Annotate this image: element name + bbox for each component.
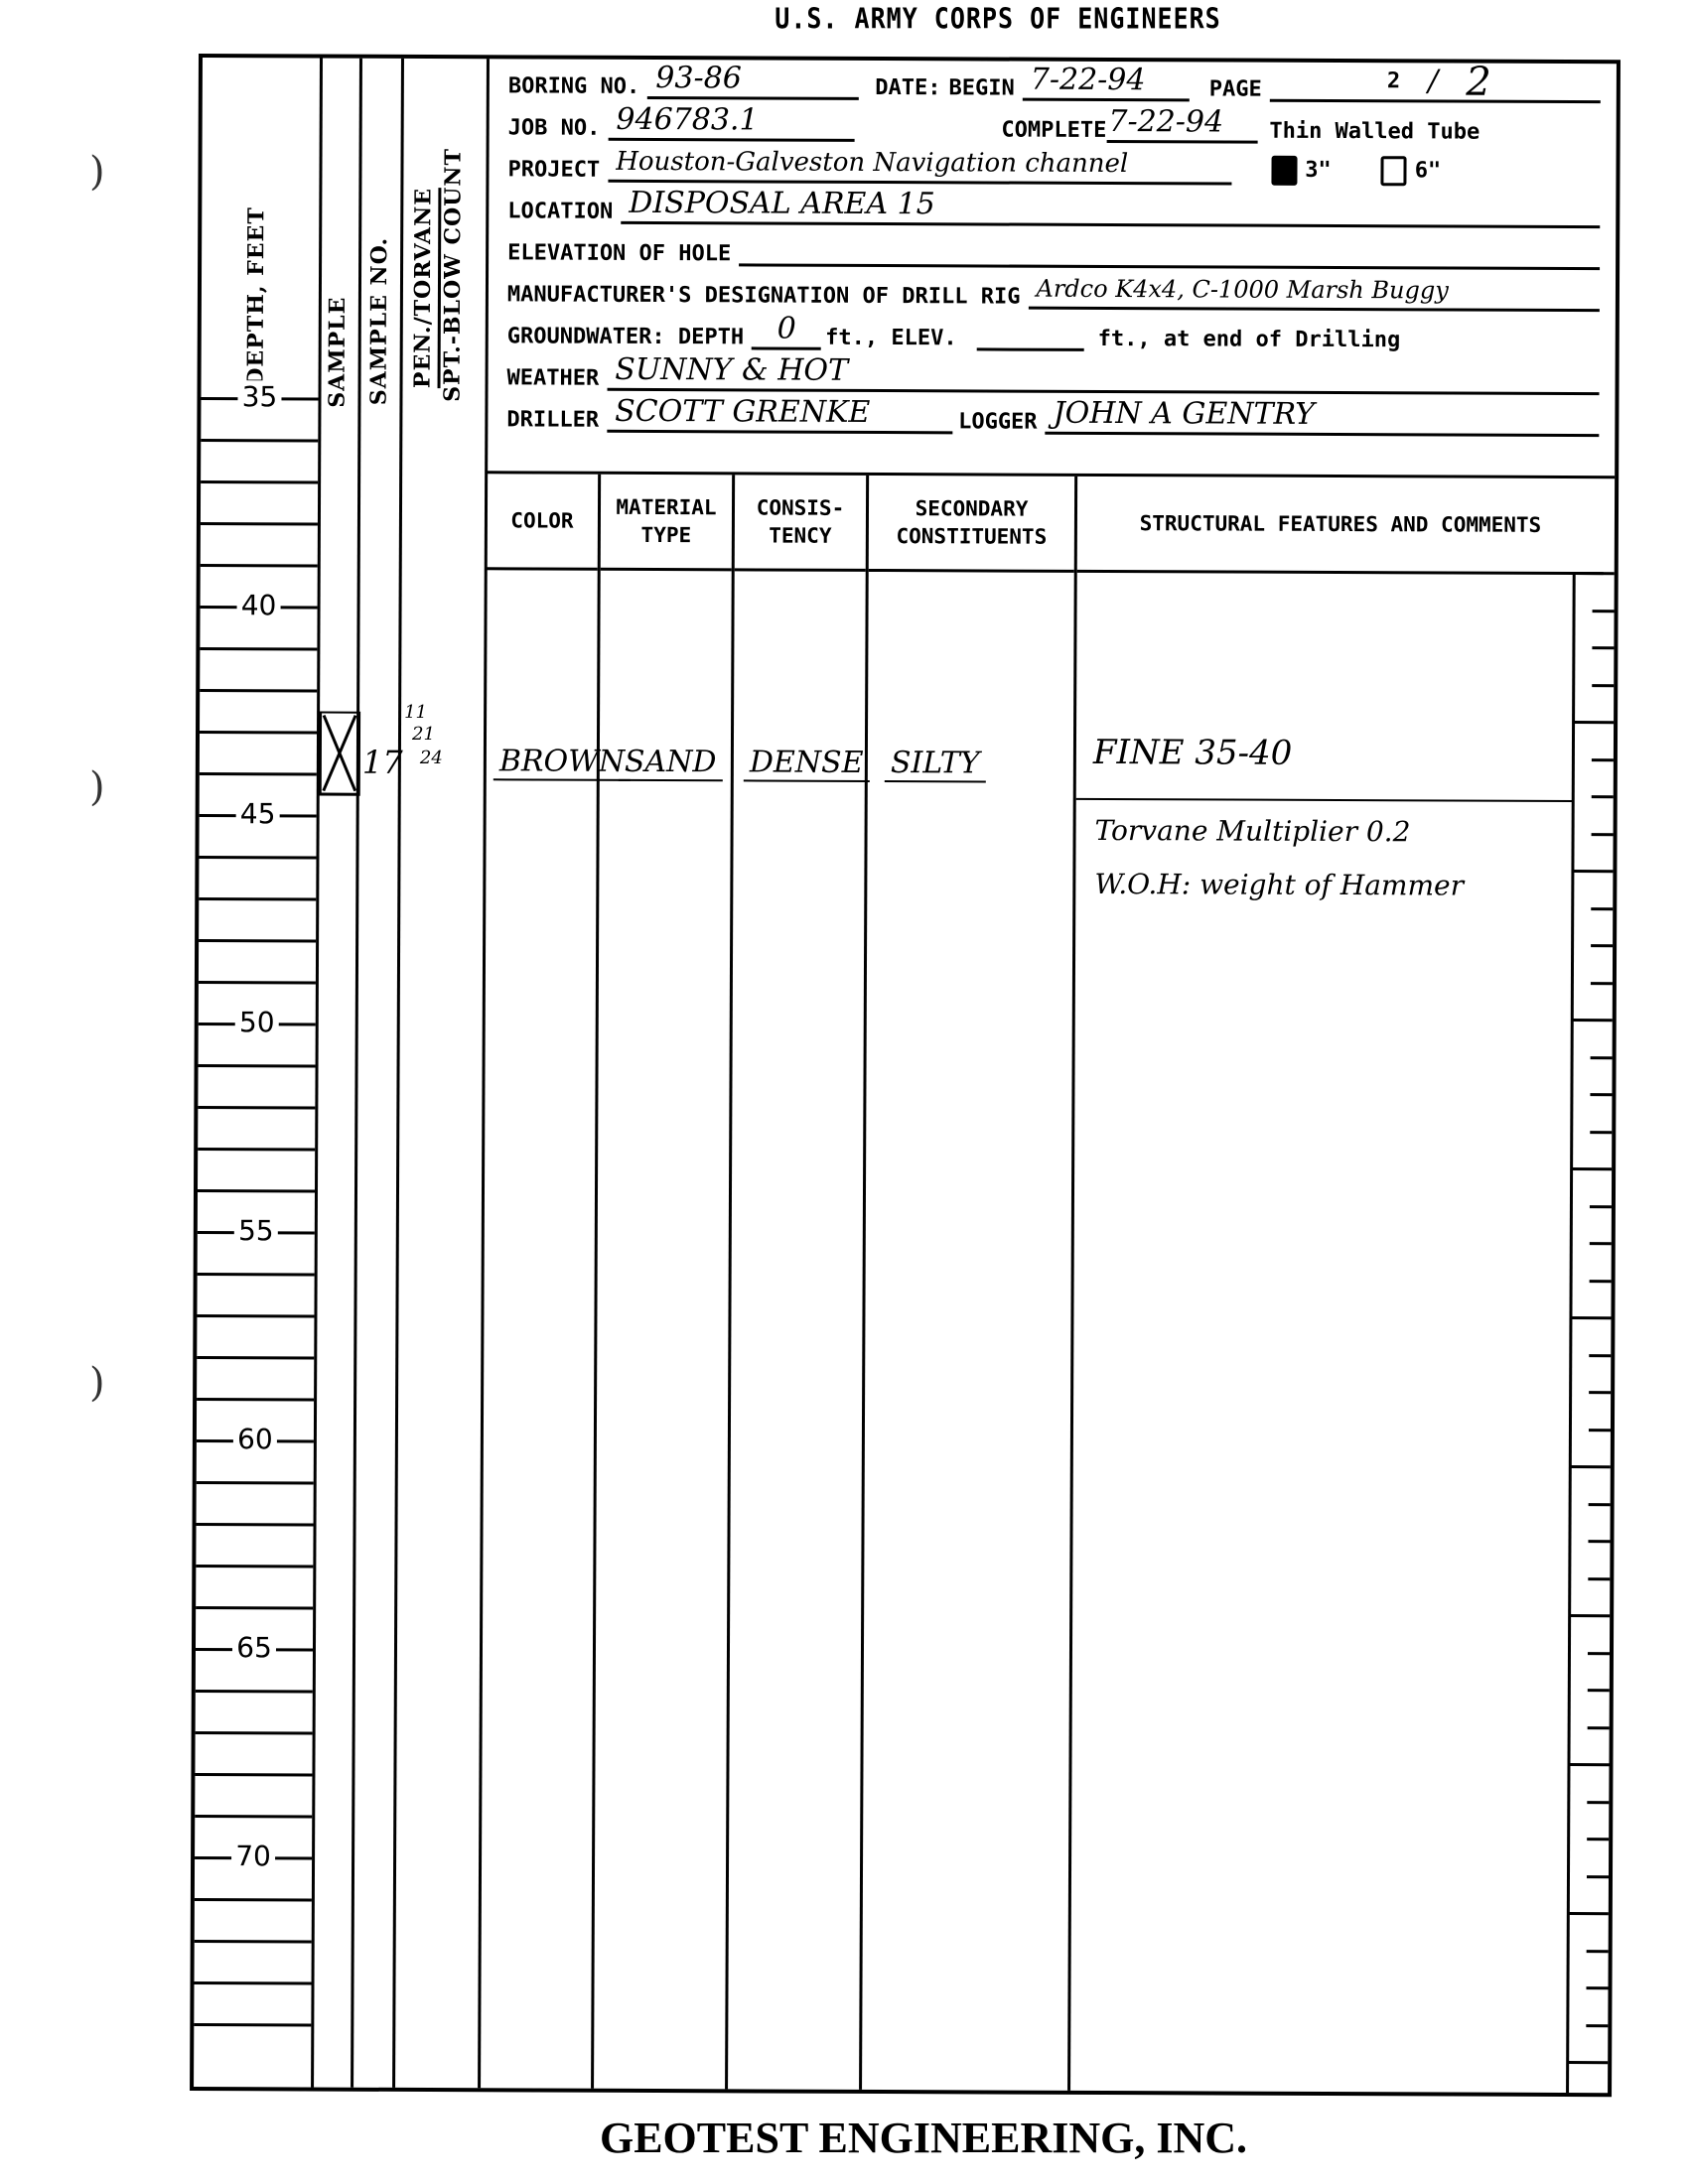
right-scale-tick	[1592, 758, 1614, 761]
depth-minor-tick	[198, 1148, 315, 1152]
depth-label: 35	[201, 382, 318, 413]
depth-minor-tick	[200, 689, 317, 693]
sample-marker-x-icon	[319, 712, 360, 796]
right-scale-tick	[1589, 1354, 1611, 1357]
complete-date-field[interactable]: 7-22-94	[1106, 102, 1257, 144]
depth-minor-tick	[196, 1690, 313, 1694]
sampler-3in-label: 3"	[1305, 158, 1332, 183]
job-no-field[interactable]: 946783.1	[608, 100, 854, 142]
driller-field[interactable]: SCOTT GRENKE	[607, 392, 952, 435]
entry-structural-features: FINE 35-40	[1093, 733, 1293, 773]
driller-label: DRILLER	[506, 407, 599, 432]
begin-label: BEGIN	[948, 75, 1014, 100]
right-scale-tick	[1592, 684, 1614, 687]
right-scale-tick	[1590, 1280, 1612, 1283]
column-divider	[1067, 477, 1077, 2091]
thin-walled-tube-label: Thin Walled Tube	[1269, 119, 1480, 145]
right-scale-tick	[1569, 1763, 1609, 1766]
right-scale-tick	[1589, 1391, 1611, 1394]
scan-mark: )	[89, 149, 105, 195]
header-spt-blow-count: SPT.-BLOW COUNT	[439, 148, 466, 402]
elevation-field[interactable]	[739, 225, 1600, 270]
depth-minor-tick	[198, 1273, 315, 1277]
depth-label: 40	[201, 591, 318, 621]
depth-label: 50	[199, 1008, 316, 1038]
drill-rig-label: MANUFACTURER'S DESIGNATION OF DRILL RIG	[507, 282, 1021, 309]
right-scale-tick	[1571, 1316, 1611, 1319]
right-scale-tick	[1586, 2024, 1608, 2027]
right-scale-tick	[1573, 870, 1613, 873]
column-divider	[725, 475, 735, 2089]
company-footer: GEOTEST ENGINEERING, INC.	[566, 2113, 1281, 2163]
sampler-6in-label: 6"	[1415, 158, 1442, 183]
spt-blow-count-2: 21	[412, 726, 435, 744]
column-divider	[591, 475, 601, 2089]
right-scale-tick	[1590, 1242, 1612, 1245]
right-scale-tick	[1588, 1726, 1610, 1729]
right-scale-tick	[1587, 1875, 1609, 1878]
drill-rig-field[interactable]: Ardco K4x4, C-1000 Marsh Buggy	[1028, 269, 1600, 313]
depth-minor-tick	[195, 1815, 312, 1819]
depth-label: 70	[195, 1842, 312, 1872]
right-scale-tick	[1592, 795, 1614, 798]
right-scale-tick	[1571, 1465, 1611, 1468]
right-scale-tick	[1588, 1689, 1610, 1692]
begin-date-field[interactable]: 7-22-94	[1023, 61, 1190, 102]
note-woh: W.O.H: weight of Hammer	[1094, 868, 1464, 902]
right-scale-tick	[1588, 1652, 1610, 1655]
location-field[interactable]: DISPOSAL AREA 15	[621, 184, 1600, 228]
column-divider	[859, 476, 869, 2090]
groundwater-depth-field[interactable]: 0	[752, 309, 821, 349]
page-label: PAGE	[1209, 76, 1262, 101]
depth-minor-tick	[197, 1356, 314, 1360]
depth-label: 65	[196, 1633, 313, 1664]
column-divider	[311, 59, 323, 2088]
form-header: BORING NO. 93-86 DATE: BEGIN 7-22-94 PAG…	[487, 59, 1617, 478]
complete-label: COMPLETE	[1001, 118, 1106, 143]
right-scale-tick	[1568, 2061, 1608, 2064]
right-scale-tick	[1569, 1912, 1609, 1915]
depth-minor-tick	[200, 772, 317, 776]
checkbox-6in-unchecked[interactable]	[1381, 156, 1407, 186]
right-scale-tick	[1587, 1801, 1609, 1804]
entry-material-type: SAND	[619, 745, 723, 781]
logger-label: LOGGER	[958, 409, 1038, 434]
depth-label: 60	[197, 1425, 314, 1455]
right-scale-tick	[1575, 572, 1615, 575]
ft-elev-label: ft., ELEV.	[825, 326, 957, 351]
right-scale-tick	[1572, 1167, 1612, 1170]
depth-minor-tick	[198, 1106, 315, 1110]
right-scale-tick	[1573, 1019, 1613, 1022]
page-separator: /	[1428, 64, 1438, 99]
location-label: LOCATION	[507, 199, 613, 223]
spt-blow-count-3: 24	[420, 750, 443, 767]
header-pen-torvane: PEN./TORVANE	[410, 188, 442, 388]
page-field[interactable]: 2 / 2	[1270, 62, 1601, 103]
boring-log-form: DEPTH, FEET SAMPLE SAMPLE NO. PEN./TORVA…	[190, 54, 1621, 2097]
depth-label: 45	[200, 799, 317, 830]
boring-no-label: BORING NO.	[508, 73, 640, 99]
boring-no-field[interactable]: 93-86	[647, 59, 859, 100]
logger-field[interactable]: JOHN A GENTRY	[1046, 394, 1600, 437]
depth-minor-tick	[199, 939, 316, 943]
scan-mark: )	[89, 1360, 105, 1406]
entry-consistency: DENSE	[744, 745, 870, 782]
header-sample-no: SAMPLE NO.	[365, 237, 392, 406]
right-scale-tick	[1590, 1131, 1612, 1134]
weather-field[interactable]: SUNNY & HOT	[607, 350, 1599, 395]
depth-minor-tick	[196, 1606, 313, 1610]
weather-label: WEATHER	[507, 365, 600, 390]
right-scale-tick	[1589, 1503, 1611, 1506]
depth-minor-tick	[200, 647, 317, 651]
column-header-consistency: CONSIS- TENCY	[735, 475, 866, 572]
depth-minor-tick	[201, 480, 318, 484]
right-scale-tick	[1589, 1429, 1611, 1432]
entry-secondary-constituents: SILTY	[885, 746, 986, 782]
depth-minor-tick	[199, 856, 316, 860]
depth-minor-tick	[195, 1773, 312, 1777]
depth-minor-tick	[195, 1940, 312, 1944]
right-scale-tick	[1591, 944, 1613, 947]
depth-minor-tick	[197, 1314, 314, 1318]
depth-minor-tick	[196, 1565, 313, 1569]
right-scale-tick	[1587, 1986, 1609, 1989]
column-divider	[351, 59, 362, 2088]
depth-minor-tick	[195, 1981, 312, 1985]
depth-minor-tick	[201, 522, 318, 526]
depth-minor-tick	[200, 731, 317, 735]
depth-minor-tick	[197, 1398, 314, 1402]
column-divider	[392, 59, 404, 2088]
right-scale-tick	[1591, 907, 1613, 910]
depth-minor-tick	[201, 439, 318, 443]
groundwater-elev-field[interactable]	[977, 310, 1084, 350]
depth-minor-tick	[199, 1064, 316, 1068]
right-scale-tick	[1592, 646, 1614, 649]
right-scale-tick	[1587, 1838, 1609, 1841]
scan-mark: )	[89, 764, 105, 810]
project-field[interactable]: Houston-Galveston Navigation channel	[608, 142, 1231, 186]
groundwater-label: GROUNDWATER: DEPTH	[507, 324, 745, 349]
column-header-color: COLOR	[487, 474, 598, 570]
job-no-label: JOB NO.	[508, 115, 601, 140]
right-scale-tick	[1587, 1950, 1609, 1953]
right-scale-tick	[1591, 1056, 1613, 1059]
right-scale-tick	[1590, 1205, 1612, 1208]
elevation-label: ELEVATION OF HOLE	[507, 240, 731, 266]
right-scale-tick	[1592, 833, 1614, 836]
depth-label: 55	[198, 1216, 315, 1247]
sampler-6in-option[interactable]: 6"	[1381, 156, 1442, 186]
sample-number: 17	[362, 744, 403, 781]
depth-minor-tick	[199, 981, 316, 985]
sampler-3in-option[interactable]: 3"	[1271, 156, 1332, 186]
right-scale-tick	[1591, 982, 1613, 985]
note-torvane-multiplier: Torvane Multiplier 0.2	[1095, 814, 1411, 848]
depth-minor-tick	[197, 1481, 314, 1485]
right-scale-tick	[1588, 1540, 1610, 1543]
entry-divider	[1076, 798, 1573, 802]
depth-minor-tick	[198, 1189, 315, 1193]
agency-title: U.S. ARMY CORPS OF ENGINEERS	[690, 2, 1306, 35]
header-sample: SAMPLE	[324, 297, 350, 408]
depth-minor-tick	[199, 897, 316, 901]
column-header-secondary-constituents: SECONDARY CONSTITUENTS	[869, 476, 1074, 573]
depth-minor-tick	[194, 2023, 311, 2027]
date-label: DATE:	[875, 75, 940, 100]
right-scale-tick	[1570, 1614, 1610, 1617]
checkbox-3in-checked[interactable]	[1271, 156, 1297, 186]
header-depth-feet: DEPTH, FEET	[243, 206, 270, 387]
entry-color: BROWN	[493, 744, 631, 781]
depth-minor-tick	[196, 1731, 313, 1735]
column-header-material-type: MATERIAL TYPE	[601, 475, 732, 572]
right-scale-tick	[1593, 610, 1615, 613]
spt-blow-count-1: 11	[404, 704, 427, 722]
depth-minor-tick	[197, 1523, 314, 1527]
column-header-structural-features: STRUCTURAL FEATURES AND COMMENTS	[1077, 477, 1604, 575]
right-scale-tick	[1588, 1577, 1610, 1580]
right-scale-tick	[1574, 721, 1614, 724]
page-total: 2	[1466, 65, 1491, 100]
page-number: 2	[1387, 64, 1400, 99]
depth-minor-tick	[201, 564, 318, 568]
right-scale-tick	[1590, 1093, 1612, 1096]
depth-minor-tick	[195, 1898, 312, 1902]
project-label: PROJECT	[507, 157, 600, 182]
end-of-drilling-label: ft., at end of Drilling	[1098, 327, 1401, 352]
